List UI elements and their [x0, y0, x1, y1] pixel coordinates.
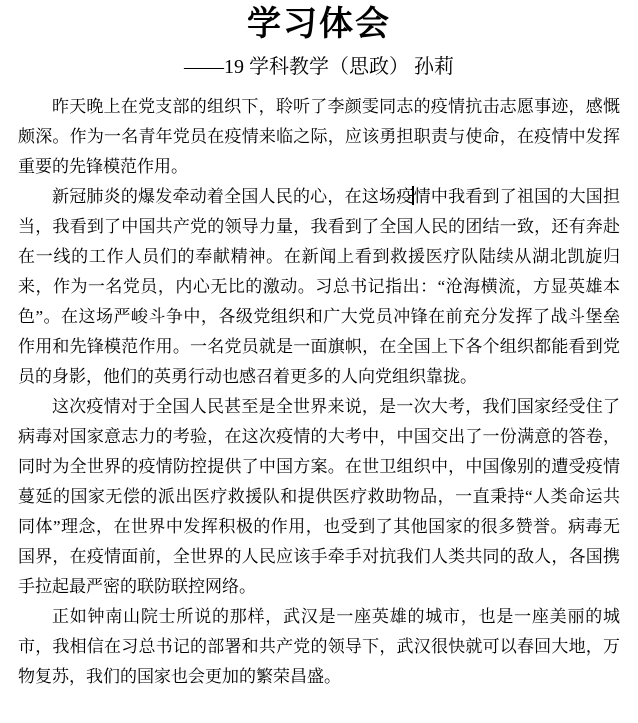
document-body[interactable]: 昨天晚上在党支部的组织下，聆听了李颜雯同志的疫情抗击志愿事迹，感慨颇深。作为一名… — [18, 92, 620, 692]
document-byline[interactable]: ——19 学科教学（思政） 孙莉 — [18, 52, 620, 82]
document-page: 学习体会 ——19 学科教学（思政） 孙莉 昨天晚上在党支部的组织下，聆听了李颜… — [0, 0, 638, 723]
paragraph-2-text-before-cursor: 新冠肺炎的爆发牵动着全国人民的心，在这场疫 — [52, 187, 413, 206]
paragraph-3[interactable]: 这次疫情对于全国人民甚至是全世界来说，是一次大考，我们国家经受住了病毒对国家意志… — [18, 392, 620, 602]
paragraph-4[interactable]: 正如钟南山院士所说的那样，武汉是一座英雄的城市，也是一座美丽的城市，我相信在习总… — [18, 602, 620, 692]
paragraph-2-text-after-cursor: 情中我看到了祖国的大国担当，我看到了中国共产党的领导力量，我看到了全国人民的团结… — [18, 187, 620, 386]
document-title[interactable]: 学习体会 — [18, 5, 620, 43]
paragraph-1[interactable]: 昨天晚上在党支部的组织下，聆听了李颜雯同志的疫情抗击志愿事迹，感慨颇深。作为一名… — [18, 92, 620, 182]
paragraph-2[interactable]: 新冠肺炎的爆发牵动着全国人民的心，在这场疫情中我看到了祖国的大国担当，我看到了中… — [18, 182, 620, 392]
